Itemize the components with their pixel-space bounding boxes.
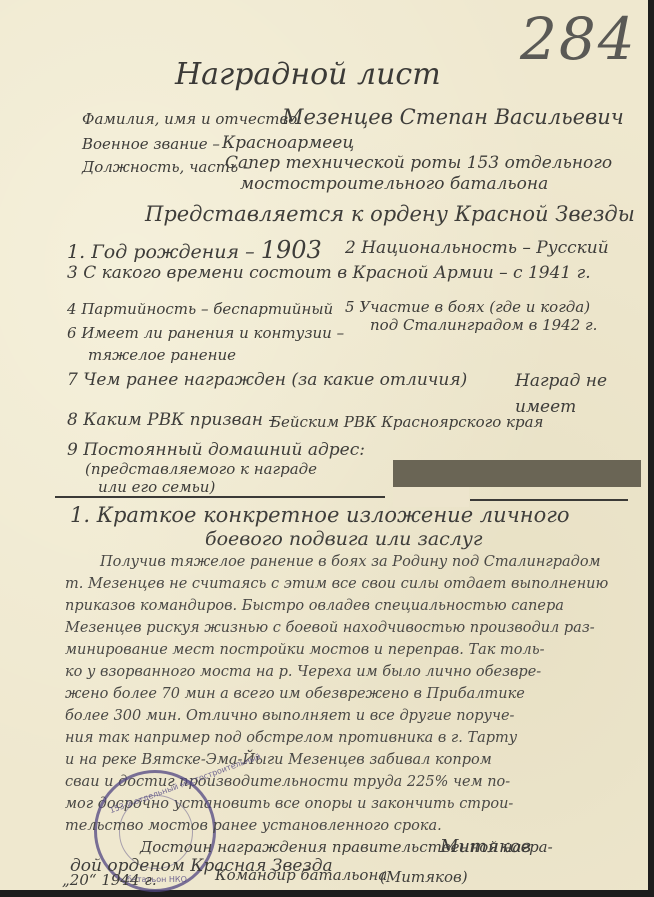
item-7: 7 Чем ранее награжден (за какие отличия): [67, 372, 467, 389]
item-number: 1.: [67, 241, 85, 263]
sheet-number: 284: [520, 10, 637, 68]
narrative-last-line: тельство мостов ранее установленного сро…: [65, 819, 442, 834]
item-label: Год рождения –: [91, 241, 254, 263]
date-day: „20“: [62, 871, 97, 889]
item-1: 1. Год рождения – 1903: [67, 238, 322, 262]
position-value-line1: Сапер технической роты 153 отдельного: [225, 155, 612, 172]
item-number: 9: [67, 440, 78, 460]
item-label: Каким РВК призван –: [83, 410, 277, 430]
item-label: Чем ранее награжден (за какие отличия): [83, 370, 467, 390]
item-4: 4 Партийность – беспартийный: [67, 302, 333, 317]
item-5: 5 Участие в боях (где и когда): [345, 300, 590, 315]
narrative-line: Получив тяжелое ранение в боях за Родину…: [100, 555, 601, 570]
item-number: 3: [67, 263, 78, 283]
nomination-line: Представляется к ордену Красной Звезды: [145, 204, 635, 225]
wounds-value: тяжелое ранение: [88, 348, 236, 363]
narrative-line: Мезенцев рискуя жизнью с боевой находчив…: [65, 621, 595, 636]
draft-office-value: Бейским РВК Красноярского края: [270, 412, 570, 432]
rank-value: Красноармеец: [222, 135, 354, 152]
item-9: 9 Постоянный домашний адрес:: [67, 442, 365, 459]
name-label: Фамилия, имя и отчество: [82, 112, 297, 127]
item-2: 2 Национальность – Русский: [345, 240, 609, 257]
item-number: 8: [67, 410, 78, 430]
item-label: Участие в боях (где и когда): [359, 298, 590, 316]
item-8: 8 Каким РВК призван –: [67, 412, 277, 429]
item-label: Национальность –: [361, 238, 531, 258]
narrative-line: ния так например под обстрелом противник…: [65, 731, 517, 746]
redacted-address-block: [393, 460, 641, 487]
address-sublabel-2: или его семьи): [98, 480, 215, 495]
rank-label: Военное звание –: [82, 137, 220, 152]
document-title: Наградной лист: [175, 60, 441, 90]
item-3: 3 С какого времени состоит в Красной Арм…: [67, 265, 591, 282]
service-since-value: с 1941 г.: [513, 263, 591, 283]
narrative-line: жено более 70 мин а всего им обезврежено…: [65, 687, 525, 702]
position-value-line2: мостостроительного батальона: [240, 176, 548, 193]
item-number: 5: [345, 298, 355, 316]
item-label: Партийность –: [81, 300, 208, 318]
signature-date: „20“ 1944 г.: [62, 873, 157, 888]
item-number: 7: [67, 370, 78, 390]
birth-year-value: 1903: [261, 236, 322, 264]
narrative-line: т. Мезенцев не считаясь с этим все свои …: [65, 577, 608, 592]
signature-name: (Митяков): [380, 870, 468, 885]
award-sheet-page: 284 Наградной лист Фамилия, имя и отчест…: [0, 0, 648, 890]
name-value: Мезенцев Степан Васильевич: [282, 107, 624, 128]
section-heading-line1: 1. Краткое конкретное изложение личного: [70, 505, 570, 526]
item-label: Имеет ли ранения и контузии –: [81, 324, 344, 342]
signature-role: Командир батальона: [215, 868, 387, 883]
narrative-line: и на реке Вятске-Эма-Йыги Мезенцев забив…: [65, 753, 492, 768]
party-value: беспартийный: [213, 300, 333, 318]
battles-value: под Сталинградом в 1942 г.: [370, 318, 597, 333]
address-sublabel-1: (представляемого к награде: [85, 462, 317, 477]
item-number: 2: [345, 238, 356, 258]
item-number: 4: [67, 300, 77, 318]
signature-handwritten: Митяков: [440, 838, 531, 856]
section-heading-line2: боевого подвига или заслуг: [205, 530, 483, 549]
divider-right: [470, 499, 628, 501]
divider-left: [55, 496, 385, 498]
item-6: 6 Имеет ли ранения и контузии –: [67, 326, 344, 341]
nationality-value: Русский: [536, 238, 608, 258]
item-label: С какого времени состоит в Красной Армии…: [83, 263, 507, 283]
narrative-line: минирование мест постройки мостов и пере…: [65, 643, 545, 658]
item-number: 6: [67, 324, 77, 342]
date-year: 1944 г.: [101, 871, 156, 889]
item-label: Постоянный домашний адрес:: [83, 440, 365, 460]
narrative-line: ко у взорванного моста на р. Череха им б…: [65, 665, 541, 680]
narrative-line: приказов командиров. Быстро овладев спец…: [65, 599, 564, 614]
narrative-line: более 300 мин. Отлично выполняет и все д…: [65, 709, 514, 724]
